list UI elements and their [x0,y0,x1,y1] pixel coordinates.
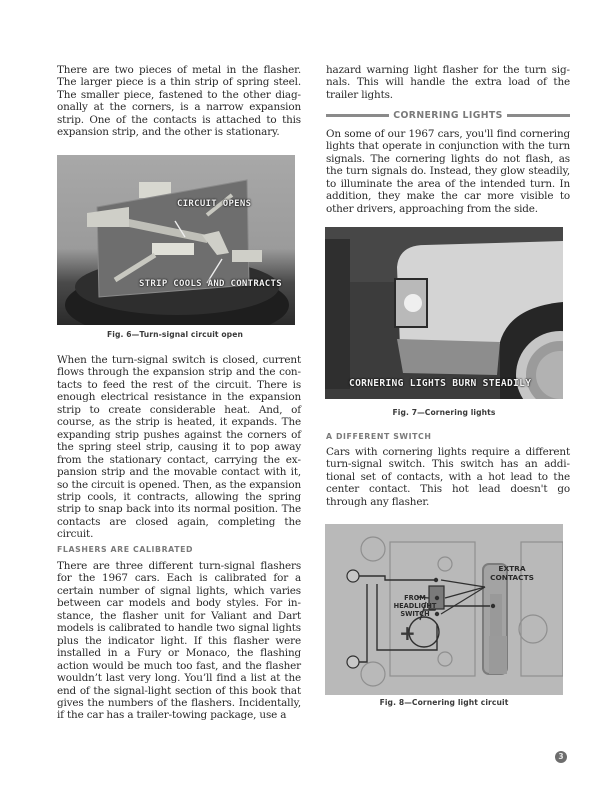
cornering-lights-paragraph: On some of our 1967 cars, you'll find co… [326,128,570,215]
strip-cools-label: STRIP COOLS AND CONTRACTS [139,279,282,289]
circuit-opens-label: CIRCUIT OPENS [177,199,251,209]
figure-8: EXTRA CONTACTS FROM HEADLIGHT SWITCH + F… [325,524,573,704]
extra-contacts-label: EXTRA CONTACTS [487,564,537,582]
flasher-operation-paragraph: When the turn-signal switch is closed, c… [57,354,301,541]
from-headlight-switch-label: FROM HEADLIGHT SWITCH [393,594,437,618]
flashers-calibrated-paragraph: There are three different turn-signal fl… [57,560,301,722]
cornering-lights-burn-label: CORNERING LIGHTS BURN STEADILY [349,378,531,389]
plus-terminal-symbol: + [399,621,416,645]
figure-7: CORNERING LIGHTS BURN STEADILY Fig. 7—Co… [325,227,573,423]
rule-right [507,114,570,117]
circuit-diagram [325,524,563,695]
flashers-calibrated-heading: FLASHERS ARE CALIBRATED [57,545,193,554]
different-switch-paragraph: Cars with cornering lights require a dif… [326,446,570,508]
car-photo [325,227,563,399]
figure-6: CIRCUIT OPENS STRIP COOLS AND CONTRACTS … [57,155,301,343]
cornering-lights-heading: CORNERING LIGHTS [326,108,570,122]
car-illustration [325,227,563,399]
circuit-illustration [325,524,563,695]
rule-left [326,114,389,117]
figure-6-caption: Fig. 6—Turn-signal circuit open [53,330,297,339]
figure-7-caption: Fig. 7—Cornering lights [320,408,568,417]
figure-8-caption: Fig. 8—Cornering light circuit [320,698,568,707]
cornering-lights-heading-text: CORNERING LIGHTS [389,110,507,121]
page-number-badge: 3 [555,751,567,763]
flasher-illustration [57,155,295,325]
intro-paragraph: There are two pieces of metal in the fla… [57,64,301,139]
flasher-photo [57,155,295,325]
trailer-continuation-paragraph: hazard warning light flasher for the tur… [326,64,570,101]
different-switch-heading: A DIFFERENT SWITCH [326,432,431,441]
